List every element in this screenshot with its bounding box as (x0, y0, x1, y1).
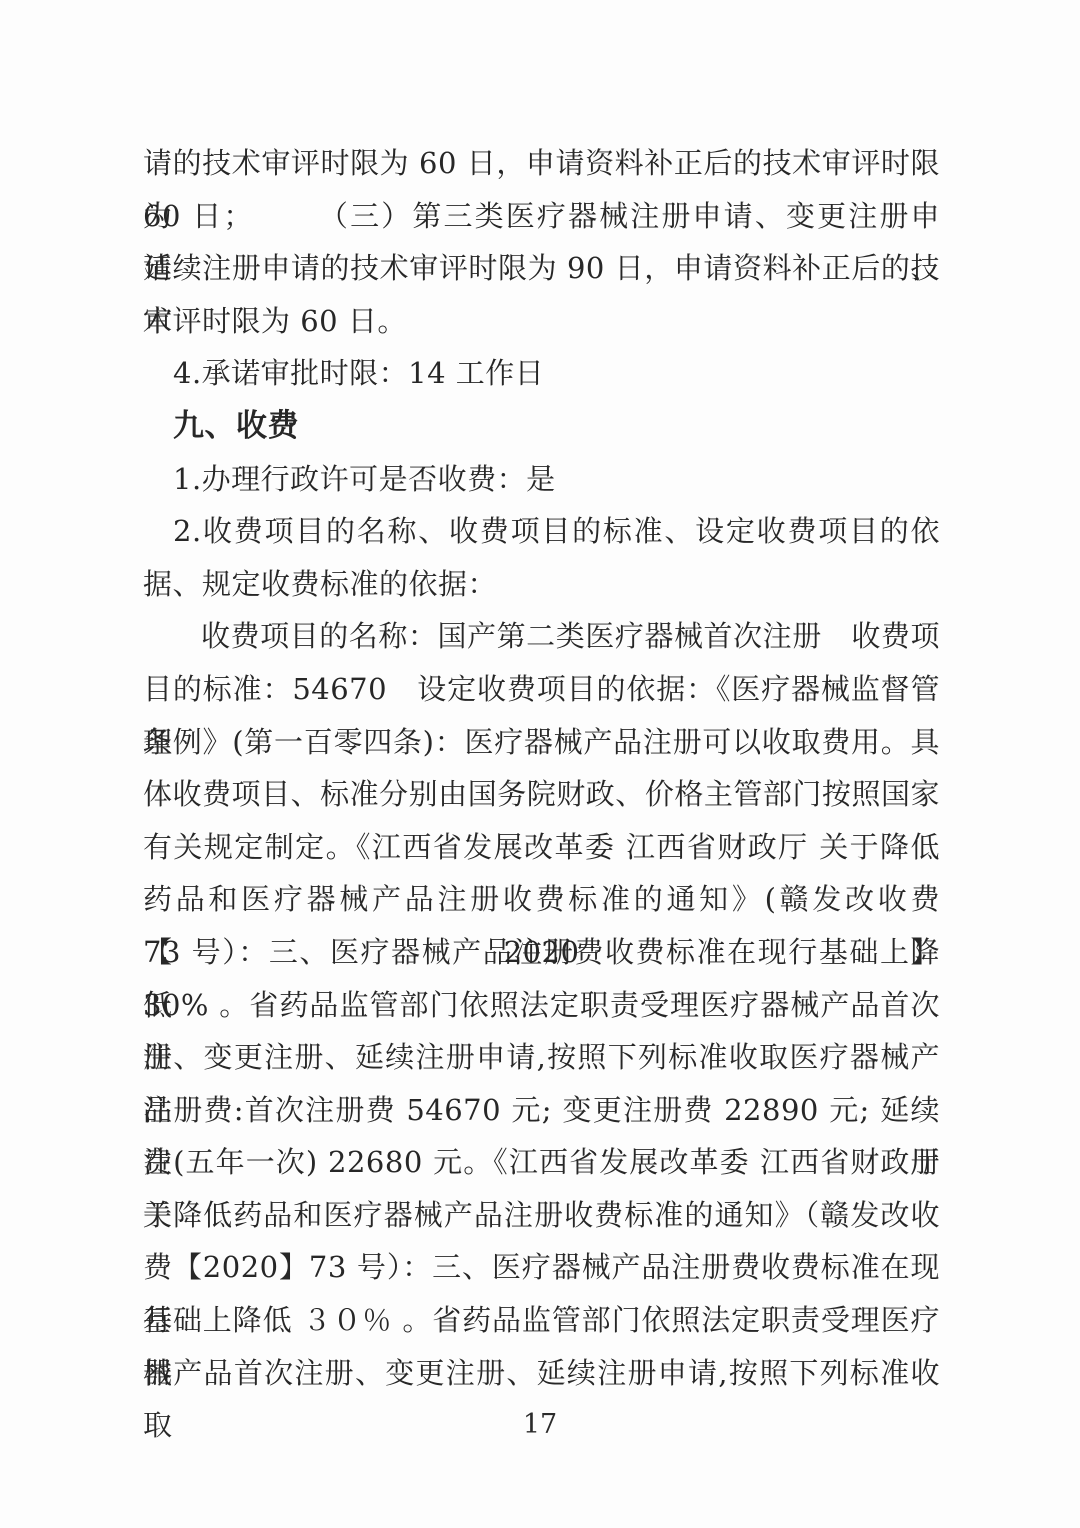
text-line: 据、规定收费标准的依据： (143, 558, 940, 611)
text-line: 收费项目的名称：国产第二类医疗器械首次注册 收费项 (143, 610, 940, 663)
text-line: 械产品首次注册、变更注册、延续注册申请,按照下列标准收取 (143, 1347, 940, 1400)
text-line: 1.办理行政许可是否收费：是 (143, 453, 940, 506)
text-line: 条例》(第一百零四条)：医疗器械产品注册可以收取费用。具 (143, 716, 940, 769)
text-line: 有关规定制定。《江西省发展改革委 江西省财政厅 关于降低 (143, 821, 940, 874)
text-line: 60 日； （三）第三类医疗器械注册申请、变更注册申请、 (143, 190, 940, 243)
text-line: 73 号）：三、医疗器械产品注册费收费标准在现行基础上降低 (143, 926, 940, 979)
text-line: 请的技术审评时限为 60 日，申请资料补正后的技术审评时限为 (143, 137, 940, 190)
text-line: 基础上降低 ３０％ 。省药品监管部门依照法定职责受理医疗器 (143, 1294, 940, 1347)
text-line: 册、变更注册、延续注册申请,按照下列标准收取医疗器械产品 (143, 1031, 940, 1084)
text-line: 药品和医疗器械产品注册收费标准的通知》(赣发改收费【2020】 (143, 873, 940, 926)
text-line: 体收费项目、标准分别由国务院财政、价格主管部门按照国家 (143, 768, 940, 821)
text-line: 2.收费项目的名称、收费项目的标准、设定收费项目的依 (143, 505, 940, 558)
text-line: 费【2020】73 号）：三、医疗器械产品注册费收费标准在现行 (143, 1241, 940, 1294)
text-line: 延续注册申请的技术审评时限为 90 日，申请资料补正后的技术 (143, 242, 940, 295)
document-page: 请的技术审评时限为 60 日，申请资料补正后的技术审评时限为60 日； （三）第… (0, 0, 1080, 1528)
text-block: 请的技术审评时限为 60 日，申请资料补正后的技术审评时限为60 日； （三）第… (143, 137, 940, 1399)
text-line: 目的标准：54670 设定收费项目的依据：《医疗器械监督管理 (143, 663, 940, 716)
section-heading: 九、收费 (143, 400, 940, 453)
text-line: 注册费:首次注册费 54670 元; 变更注册费 22890 元; 延续注册 (143, 1084, 940, 1137)
text-line: 于降低药品和医疗器械产品注册收费标准的通知》（赣发改收 (143, 1189, 940, 1242)
text-line: 30% 。省药品监管部门依照法定职责受理医疗器械产品首次注 (143, 979, 940, 1032)
text-line: 审评时限为 60 日。 (143, 295, 940, 348)
page-number: 17 (0, 1405, 1080, 1445)
text-line: 费(五年一次) 22680 元。《江西省发展改革委 江西省财政厅 关 (143, 1136, 940, 1189)
text-line: 4.承诺审批时限：14 工作日 (143, 347, 940, 400)
